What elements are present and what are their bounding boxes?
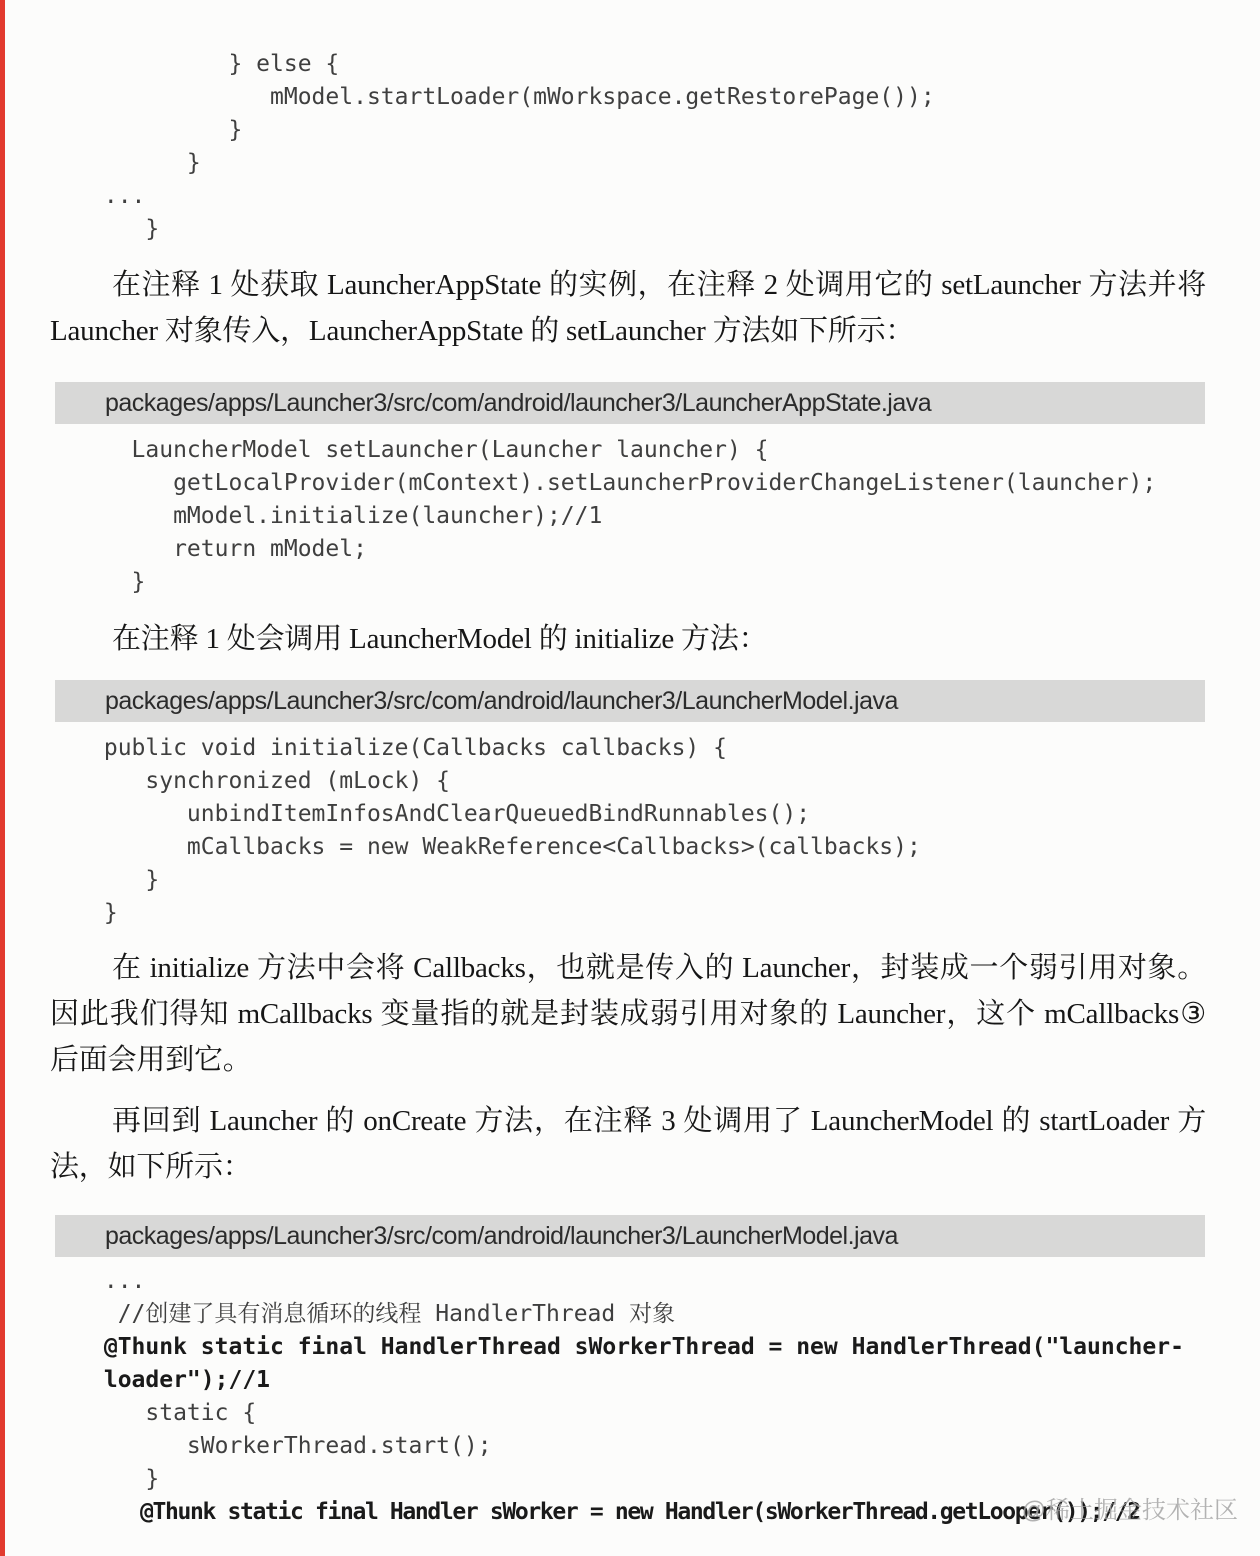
file-path-text: packages/apps/Launcher3/src/com/android/… <box>105 680 1205 722</box>
code-line: LauncherModel setLauncher(Launcher launc… <box>90 434 1260 467</box>
text-line: 再回到 Launcher 的 onCreate 方法，在注释 3 处调用了 La… <box>50 1098 1206 1144</box>
text-line: 在 initialize 方法中会将 Callbacks，也就是传入的 Laun… <box>50 945 1206 991</box>
code-line: public void initialize(Callbacks callbac… <box>90 732 1260 765</box>
file-path-bar: packages/apps/Launcher3/src/com/android/… <box>55 1215 1205 1257</box>
code-line: return mModel; <box>90 533 1260 566</box>
file-path-bar: packages/apps/Launcher3/src/com/android/… <box>55 382 1205 424</box>
book-page: } else { mModel.startLoader(mWorkspace.g… <box>0 48 1260 1529</box>
code-line: unbindItemInfosAndClearQueuedBindRunnabl… <box>90 798 1260 831</box>
code-line: } <box>90 897 1260 930</box>
juejin-watermark: @稀土掘金技术社区 <box>1022 1490 1238 1525</box>
paragraph-weakreference-note: 在 initialize 方法中会将 Callbacks，也就是传入的 Laun… <box>50 945 1206 1083</box>
code-line: //创建了具有消息循环的线程 HandlerThread 对象 <box>90 1298 1260 1331</box>
code-line: } <box>90 114 1260 147</box>
code-line: } <box>90 864 1260 897</box>
paragraph-initialize-intro: 在注释 1 处会调用 LauncherModel 的 initialize 方法… <box>50 616 1206 662</box>
text-line: Launcher 对象传入，LauncherAppState 的 setLaun… <box>50 308 1206 354</box>
code-line: mModel.startLoader(mWorkspace.getRestore… <box>90 81 1260 114</box>
file-path-text: packages/apps/Launcher3/src/com/android/… <box>105 1215 1205 1257</box>
code-block-setlauncher: LauncherModel setLauncher(Launcher launc… <box>0 434 1260 599</box>
file-path-bar: packages/apps/Launcher3/src/com/android/… <box>55 680 1205 722</box>
code-line: } <box>90 147 1260 180</box>
code-line: } <box>90 566 1260 599</box>
paragraph-startloader-intro: 再回到 Launcher 的 onCreate 方法，在注释 3 处调用了 La… <box>50 1098 1206 1190</box>
code-line: synchronized (mLock) { <box>90 765 1260 798</box>
text-line: 后面会用到它。 <box>50 1037 1206 1083</box>
code-line: getLocalProvider(mContext).setLauncherPr… <box>90 467 1260 500</box>
text-line: 在注释 1 处会调用 LauncherModel 的 initialize 方法… <box>50 616 1206 662</box>
paragraph-setlauncher-intro: 在注释 1 处获取 LauncherAppState 的实例，在注释 2 处调用… <box>50 262 1206 354</box>
code-line: ... <box>90 1265 1260 1298</box>
code-line: mCallbacks = new WeakReference<Callbacks… <box>90 831 1260 864</box>
code-line: } <box>90 213 1260 246</box>
text-line: 在注释 1 处获取 LauncherAppState 的实例，在注释 2 处调用… <box>50 262 1206 308</box>
code-line: loader");//1 <box>90 1364 1260 1397</box>
code-line: static { <box>90 1397 1260 1430</box>
code-block-oncreate-tail: } else { mModel.startLoader(mWorkspace.g… <box>0 48 1260 246</box>
code-line: ... <box>90 180 1260 213</box>
code-line: @Thunk static final HandlerThread sWorke… <box>90 1331 1260 1364</box>
text-line: 法，如下所示： <box>50 1144 1206 1190</box>
code-line: } else { <box>90 48 1260 81</box>
text-line: 因此我们得知 mCallbacks 变量指的就是封装成弱引用对象的 Launch… <box>50 991 1206 1037</box>
code-block-initialize: public void initialize(Callbacks callbac… <box>0 732 1260 930</box>
code-line: mModel.initialize(launcher);//1 <box>90 500 1260 533</box>
code-line: sWorkerThread.start(); <box>90 1430 1260 1463</box>
file-path-text: packages/apps/Launcher3/src/com/android/… <box>105 382 1205 424</box>
